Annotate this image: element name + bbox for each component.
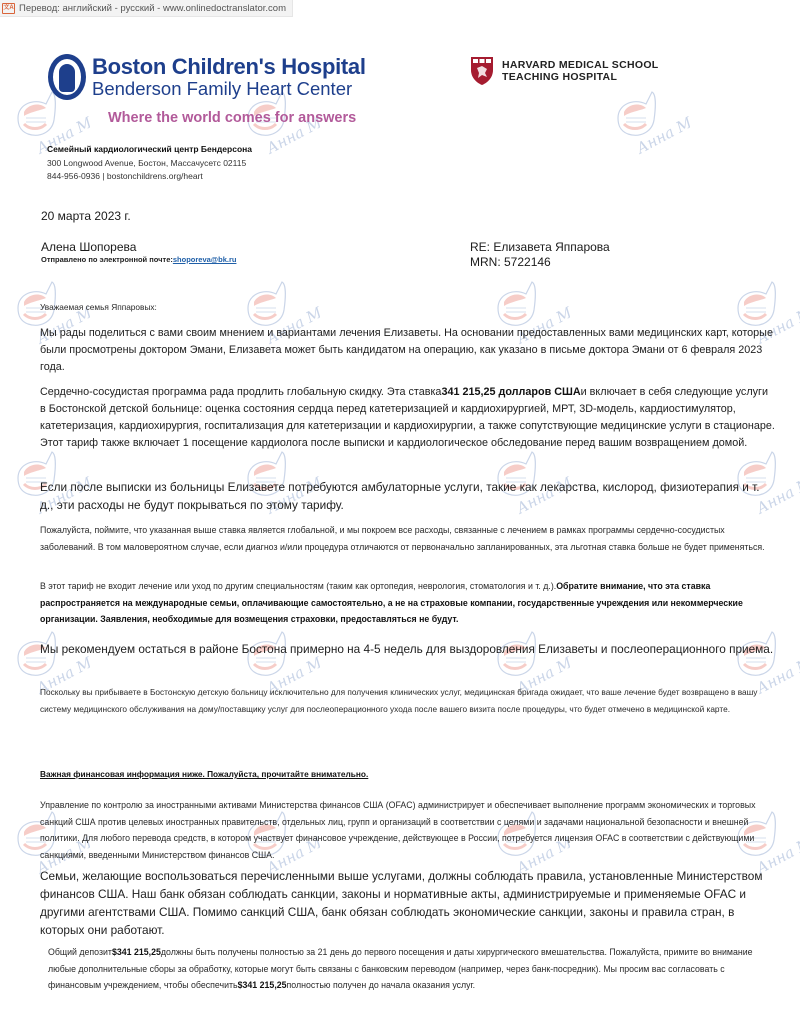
paragraph-stay-recommendation: Мы рекомендуем остаться в районе Бостона… xyxy=(40,640,775,658)
recipient-name: Алена Шопорева xyxy=(41,240,236,255)
recipient-block: Алена Шопорева Отправлено по электронной… xyxy=(41,240,236,264)
letter-date: 20 марта 2023 г. xyxy=(41,209,131,223)
mother-child-emblem-icon xyxy=(48,54,86,100)
center-name: Benderson Family Heart Center xyxy=(92,79,366,99)
recipient-email-link[interactable]: shoporeva@bk.ru xyxy=(173,255,237,264)
re-line: RE: Елизавета Яппарова xyxy=(470,240,610,255)
hospital-name: Boston Children's Hospital xyxy=(92,55,366,79)
harvard-line-1: HARVARD MEDICAL SCHOOL xyxy=(502,59,659,71)
paragraph-bank-compliance: Семьи, желающие воспользоваться перечисл… xyxy=(40,867,775,939)
mrn-line: MRN: 5722146 xyxy=(470,255,610,270)
greeting: Уважаемая семья Яппаровых: xyxy=(40,299,775,316)
sent-label: Отправлено по электронной почте: xyxy=(41,255,173,264)
harvard-line-2: TEACHING HOSPITAL xyxy=(502,71,659,83)
finance-heading: Важная финансовая информация ниже. Пожал… xyxy=(40,769,775,779)
deposit-amount: $341 215,25 xyxy=(112,947,161,957)
paragraph-ofac: Управление по контролю за иностранными а… xyxy=(40,797,775,863)
sender-contact: 844-956-0936 | bostonchildrens.org/heart xyxy=(47,170,252,184)
paragraph-exclusions: В этот тариф не входит лечение или уход … xyxy=(40,578,775,628)
deposit-amount-2: $341 215,25 xyxy=(238,980,287,990)
rate-amount: 341 215,25 долларов США xyxy=(441,386,580,398)
sender-address: Семейный кардиологический центр Бендерсо… xyxy=(47,143,252,184)
paragraph-global-rate: Сердечно-сосудистая программа рада продл… xyxy=(40,384,775,452)
boston-childrens-logo: Boston Children's Hospital Benderson Fam… xyxy=(48,54,366,100)
re-block: RE: Елизавета Яппарова MRN: 5722146 xyxy=(470,240,610,270)
tagline: Where the world comes for answers xyxy=(108,110,356,126)
paragraph-deposit: Общий депозит$341 215,25должны быть полу… xyxy=(48,944,775,994)
paragraph-opinion: Мы рады поделиться с вами своим мнением … xyxy=(40,325,775,376)
harvard-logo: HARVARD MEDICAL SCHOOL TEACHING HOSPITAL xyxy=(470,56,659,86)
paragraph-followup-care: Поскольку вы прибываете в Бостонскую дет… xyxy=(40,684,775,717)
sender-name: Семейный кардиологический центр Бендерсо… xyxy=(47,143,252,157)
sender-street: 300 Longwood Avenue, Бостон, Массачусетс… xyxy=(47,157,252,171)
harvard-shield-icon xyxy=(470,56,494,86)
paragraph-outpatient: Если после выписки из больницы Елизавете… xyxy=(40,478,775,514)
letter-document: Boston Children's Hospital Benderson Fam… xyxy=(0,0,800,1035)
paragraph-global-coverage: Пожалуйста, поймите, что указанная выше … xyxy=(40,522,775,555)
